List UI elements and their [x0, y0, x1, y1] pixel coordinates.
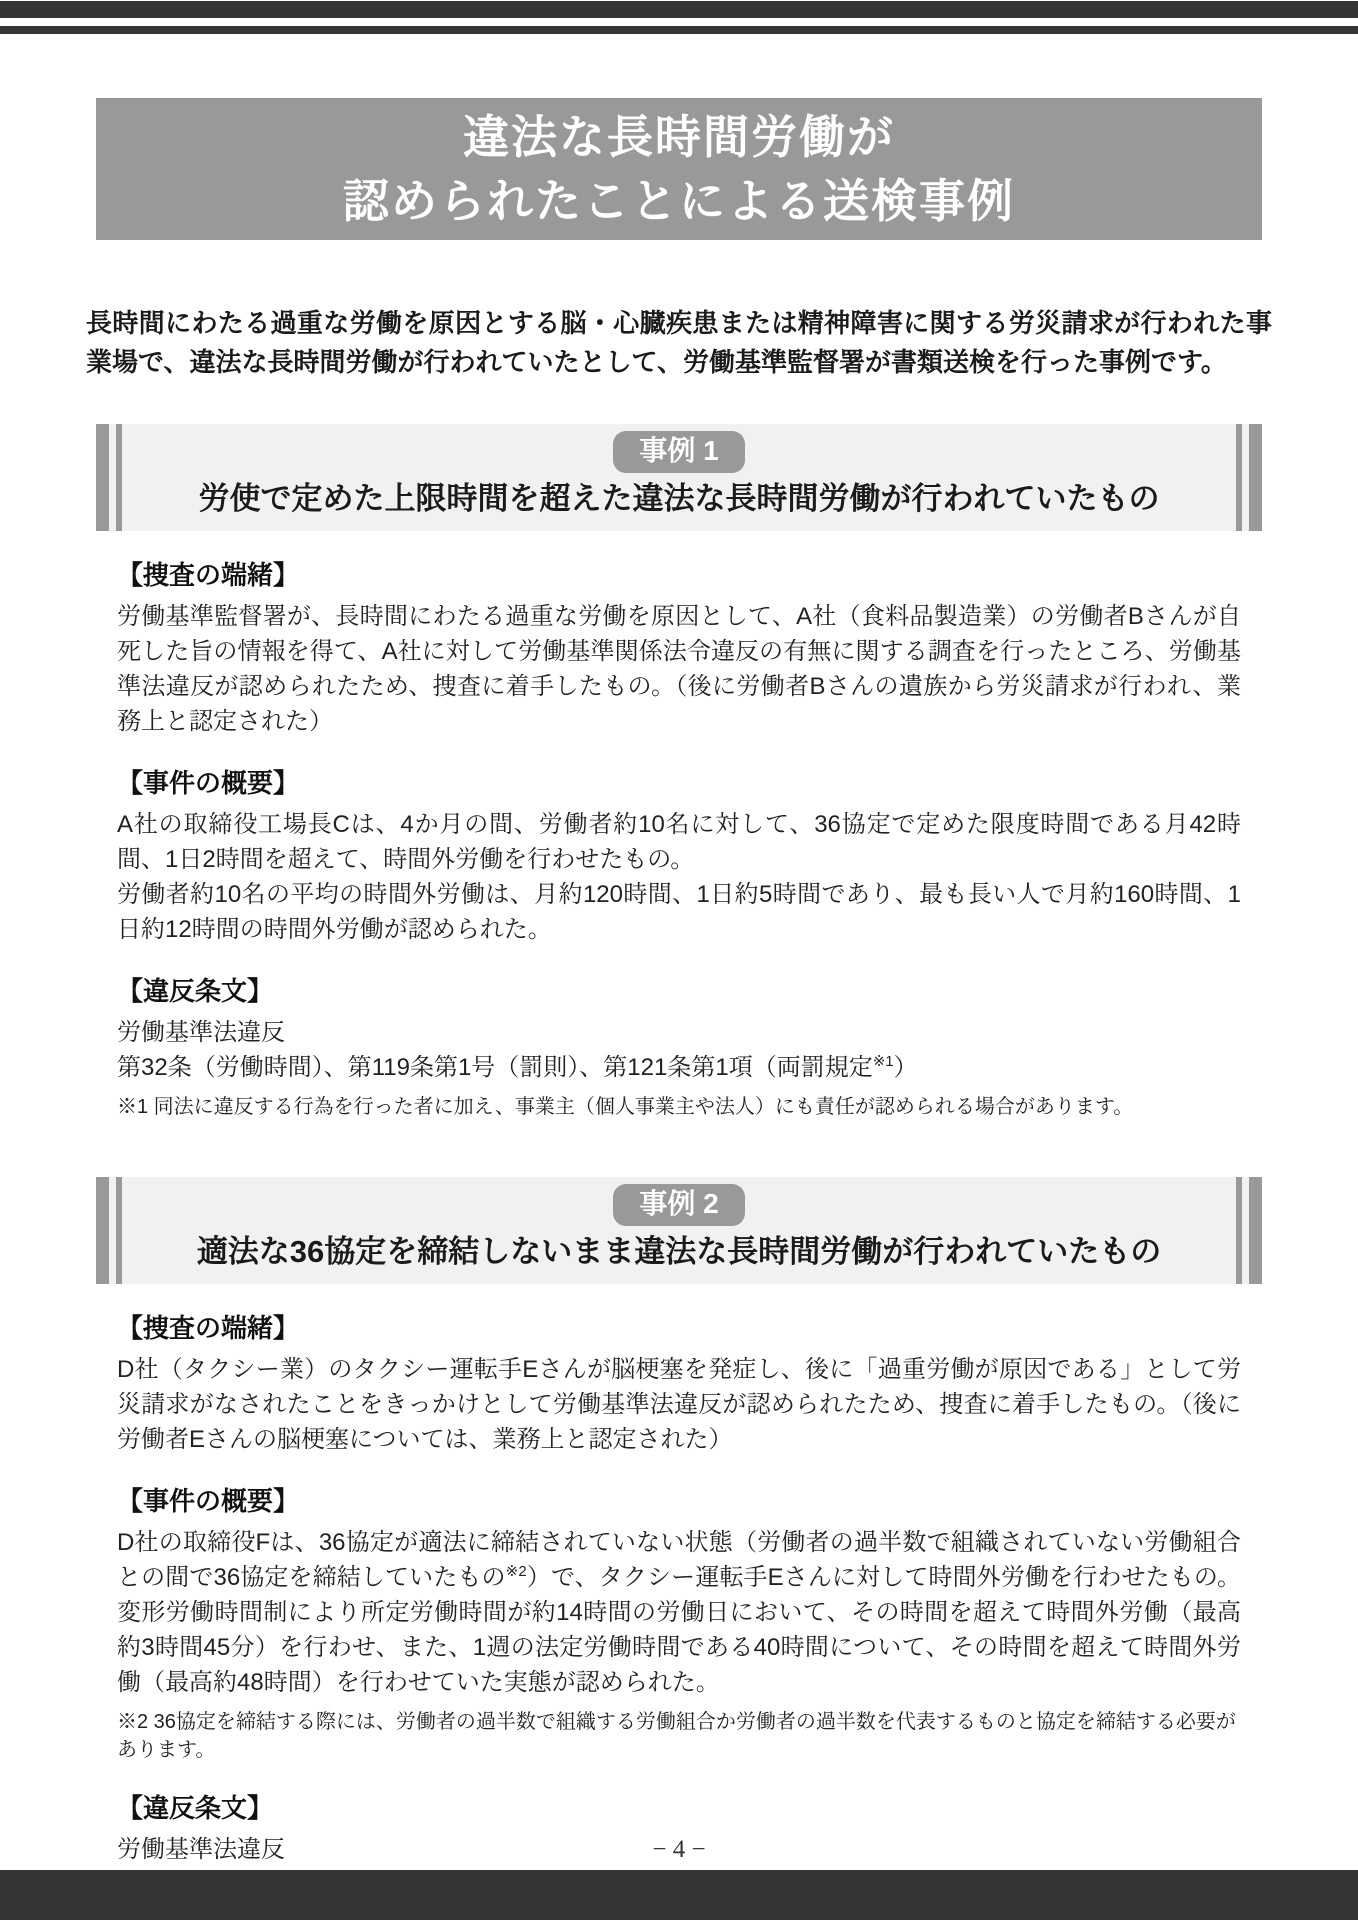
articles-text-close: ）	[894, 1054, 918, 1081]
case-1-badge: 事例 1	[613, 431, 744, 473]
case-1-violation-articles: 第32条（労働時間）、第119条第1号（罰則）、第121条第1項（両罰規定※1）	[117, 1050, 1241, 1085]
page-title: 違法な長時間労働が 認められたことによる送検事例	[96, 98, 1262, 240]
decor-bar-inner-right	[1236, 424, 1242, 531]
case-2-badge: 事例 2	[613, 1184, 744, 1226]
case-1-violation-law: 労働基準法違反	[117, 1015, 1241, 1050]
case-2-body: 【捜査の端緒】 D社（タクシー業）のタクシー運転手Eさんが脳梗塞を発症し、後に「…	[117, 1309, 1241, 1902]
case-2-violation-heading: 【違反条文】	[117, 1789, 1241, 1827]
case-1-header: 事例 1 労使で定めた上限時間を超えた違法な長時間労働が行われていたもの	[96, 424, 1262, 531]
case-1-violation-heading: 【違反条文】	[117, 972, 1241, 1010]
decor-bar-outer-right	[1249, 1177, 1262, 1284]
decor-bar-inner-left	[116, 1177, 122, 1284]
case-1-investigation-text: 労働基準監督署が、長時間にわたる過重な労働を原因として、A社（食料品製造業）の労…	[117, 599, 1241, 739]
case-2-title: 適法な36協定を締結しないまま違法な長時間労働が行われていたもの	[197, 1232, 1161, 1272]
case-2-footnote: ※2 36協定を締結する際には、労働者の過半数で組織する労働組合か労働者の過半数…	[117, 1708, 1241, 1764]
articles-text: 第32条（労働時間）、第119条第1号（罰則）、第121条第1項（両罰規定	[117, 1054, 873, 1081]
case-1-body: 【捜査の端緒】 労働基準監督署が、長時間にわたる過重な労働を原因として、A社（食…	[117, 556, 1241, 1121]
case-2-overview-heading: 【事件の概要】	[117, 1482, 1241, 1520]
case-2-header: 事例 2 適法な36協定を締結しないまま違法な長時間労働が行われていたもの	[96, 1177, 1262, 1284]
footnote-2-reference: ※2	[506, 1563, 527, 1580]
top-frame-bar-thick	[0, 1, 1358, 18]
page-title-line1: 違法な長時間労働が	[463, 105, 895, 169]
case-2-overview-text: D社の取締役Fは、36協定が適法に締結されていない状態（労働者の過半数で組織され…	[117, 1525, 1241, 1700]
bottom-frame-bar	[0, 1870, 1358, 1920]
intro-paragraph: 長時間にわたる過重な労働を原因とする脳・心臓疾患または精神障害に関する労災請求が…	[86, 304, 1272, 382]
decor-bar-outer-left	[96, 424, 109, 531]
decor-bar-outer-left	[96, 1177, 109, 1284]
top-frame-bar-thin	[0, 26, 1358, 34]
case-1-overview-heading: 【事件の概要】	[117, 764, 1241, 802]
spacer	[0, 1121, 1358, 1135]
case-1-footnote: ※1 同法に違反する行為を行った者に加え、事業主（個人事業主や法人）にも責任が認…	[117, 1093, 1241, 1121]
case-2-investigation-heading: 【捜査の端緒】	[117, 1309, 1241, 1347]
case-1-overview-paragraph-1: A社の取締役工場長Cは、4か月の間、労働者約10名に対して、36協定で定めた限度…	[117, 807, 1241, 877]
case-1-overview-paragraph-2: 労働者約10名の平均の時間外労働は、月約120時間、1日約5時間であり、最も長い…	[117, 877, 1241, 947]
page-title-line2: 認められたことによる送検事例	[343, 169, 1015, 233]
page-number: − 4 −	[0, 1836, 1358, 1864]
document-page: { "colors": { "frame_bar": "#353535", "t…	[0, 0, 1358, 1920]
case-1-investigation-heading: 【捜査の端緒】	[117, 556, 1241, 594]
case-1-title: 労使で定めた上限時間を超えた違法な長時間労働が行われていたもの	[199, 479, 1160, 519]
decor-bar-inner-left	[116, 424, 122, 531]
decor-bar-inner-right	[1236, 1177, 1242, 1284]
case-2-investigation-text: D社（タクシー業）のタクシー運転手Eさんが脳梗塞を発症し、後に「過重労働が原因で…	[117, 1352, 1241, 1457]
decor-bar-outer-right	[1249, 424, 1262, 531]
footnote-1-reference: ※1	[873, 1053, 894, 1070]
